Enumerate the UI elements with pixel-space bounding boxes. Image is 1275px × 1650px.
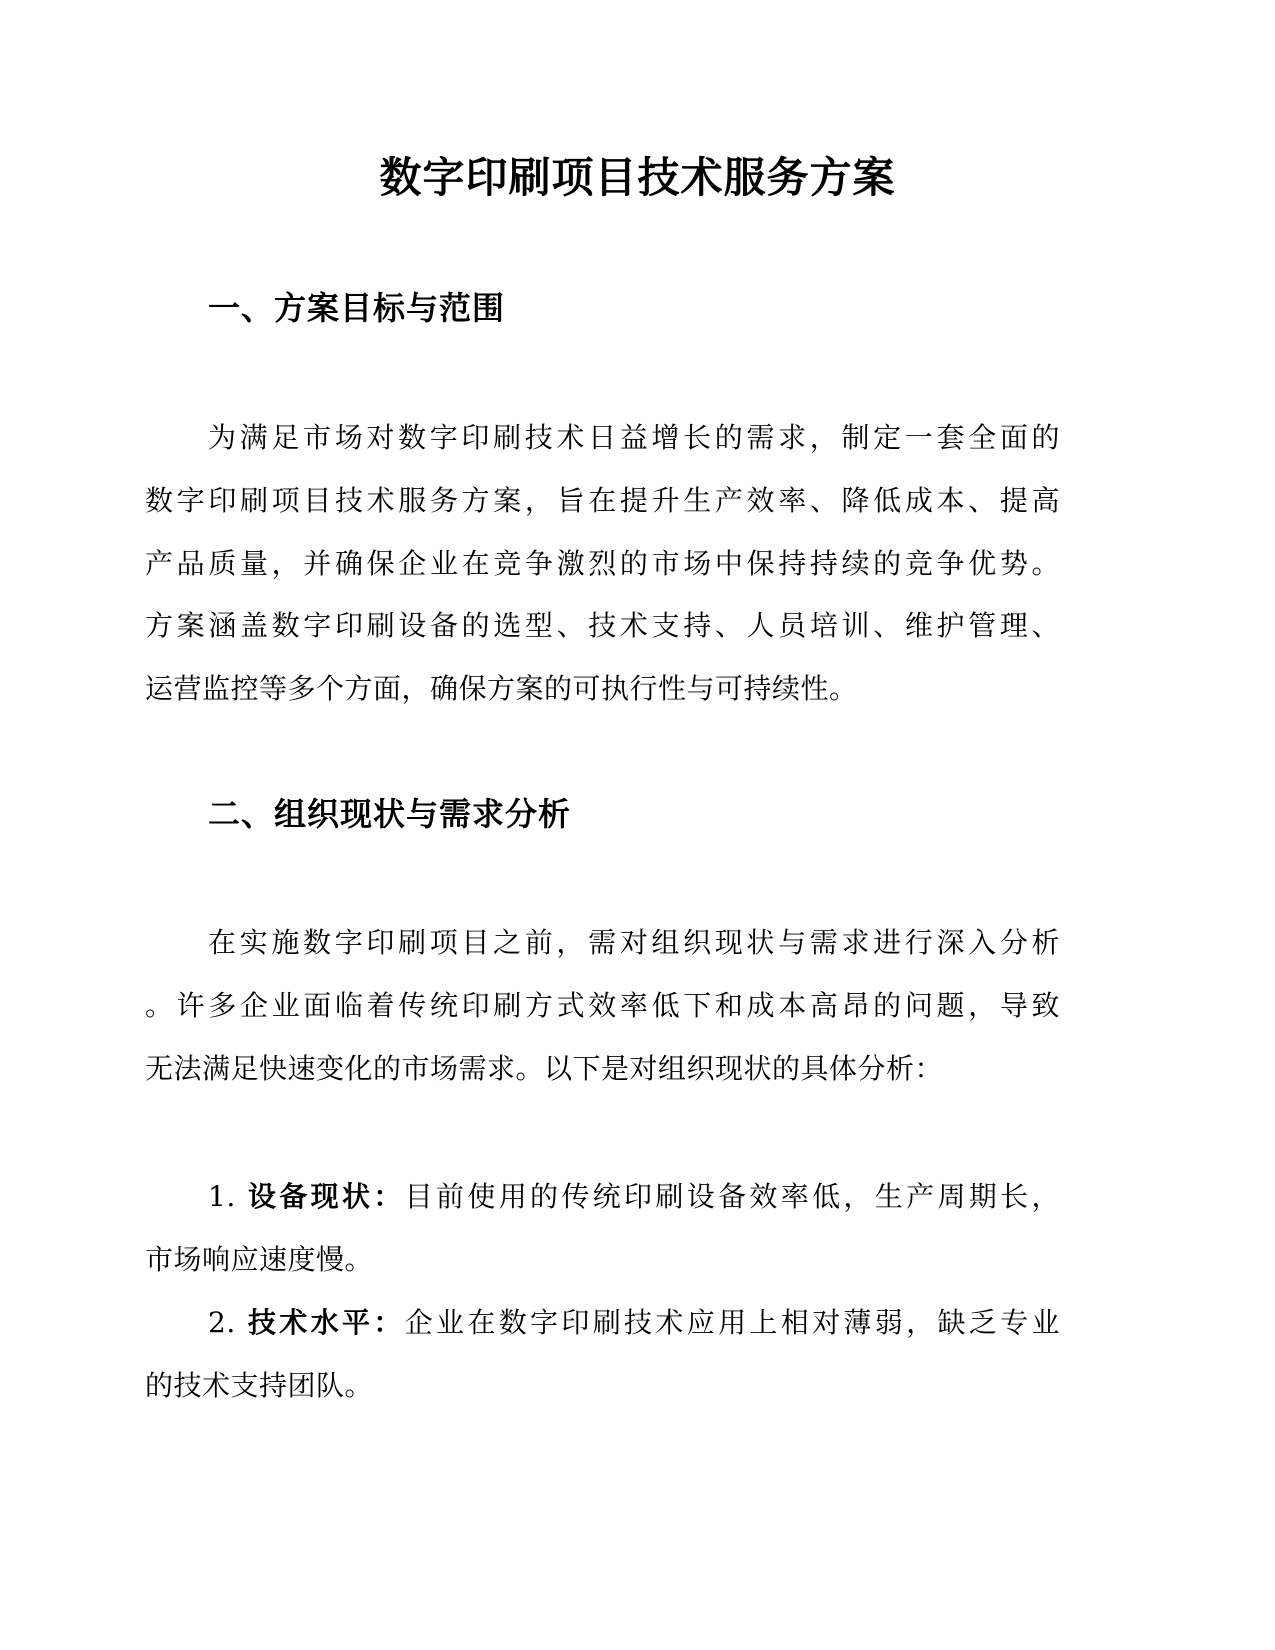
- paragraph-line: 为满足市场对数字印刷技术日益增长的需求，制定一套全面的: [208, 418, 1060, 458]
- document-page: 数字印刷项目技术服务方案 一、方案目标与范围 为满足市场对数字印刷技术日益增长的…: [0, 0, 1275, 1650]
- list-item-number: 1.: [208, 1180, 236, 1213]
- list-item-label: 技术水平：: [248, 1306, 405, 1339]
- section-heading-1: 一、方案目标与范围: [208, 286, 505, 330]
- paragraph-line: 产品质量，并确保企业在竞争激烈的市场中保持持续的竞争优势。: [145, 544, 1060, 584]
- paragraph-line: 。许多企业面临着传统印刷方式效率低下和成本高昂的问题，导致: [145, 986, 1060, 1026]
- list-item-2-continuation: 的技术支持团队。: [145, 1366, 1060, 1406]
- document-title: 数字印刷项目技术服务方案: [0, 148, 1275, 208]
- list-item-1: 1. 设备现状：目前使用的传统印刷设备效率低，生产周期长，: [208, 1177, 1060, 1217]
- paragraph-line: 无法满足快速变化的市场需求。以下是对组织现状的具体分析：: [145, 1049, 1060, 1089]
- list-item-text: 企业在数字印刷技术应用上相对薄弱，缺乏专业: [405, 1306, 1060, 1339]
- list-item-label: 设备现状：: [248, 1180, 405, 1213]
- paragraph-line: 方案涵盖数字印刷设备的选型、技术支持、人员培训、维护管理、: [145, 606, 1060, 646]
- paragraph-line: 数字印刷项目技术服务方案，旨在提升生产效率、降低成本、提高: [145, 481, 1060, 521]
- paragraph-line: 在实施数字印刷项目之前，需对组织现状与需求进行深入分析: [208, 923, 1060, 963]
- list-item-2: 2. 技术水平：企业在数字印刷技术应用上相对薄弱，缺乏专业: [208, 1303, 1060, 1343]
- list-item-1-continuation: 市场响应速度慢。: [145, 1240, 1060, 1280]
- list-item-number: 2.: [208, 1306, 236, 1339]
- list-item-text: 目前使用的传统印刷设备效率低，生产周期长，: [405, 1180, 1060, 1213]
- section-heading-2: 二、组织现状与需求分析: [208, 792, 571, 836]
- paragraph-line: 运营监控等多个方面，确保方案的可执行性与可持续性。: [145, 669, 1060, 709]
